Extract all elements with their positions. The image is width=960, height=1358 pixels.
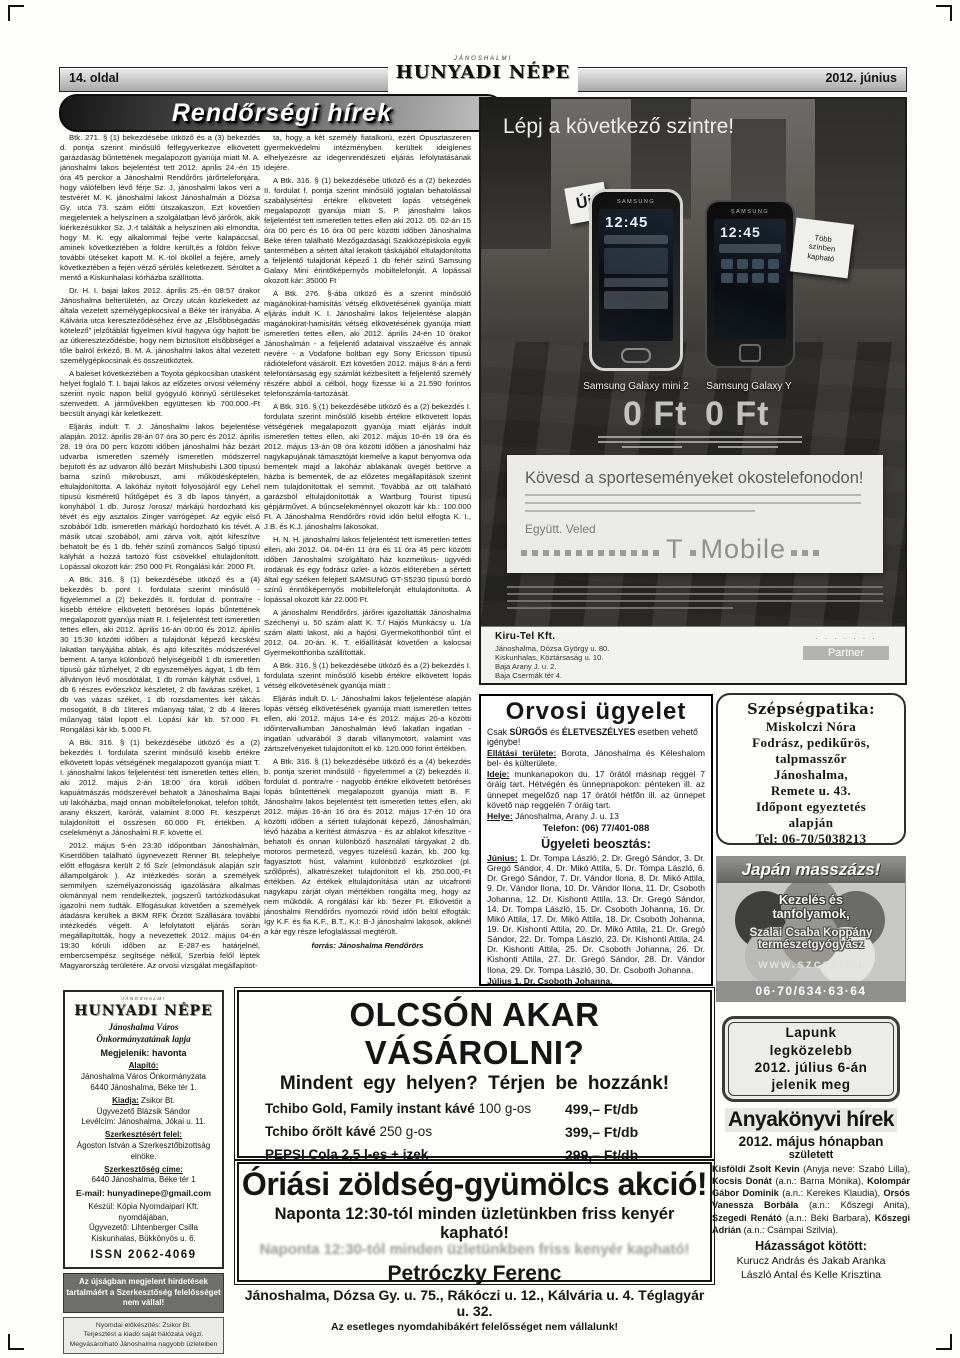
row-label: Helye: <box>487 811 513 821</box>
massage-title: Japán masszázs! <box>717 857 905 883</box>
imprint-mail-address: Levélcím: Jánoshalma, Jókai u. 11. <box>68 1117 219 1128</box>
notice-emphasis: ÉLETVESZÉLYES <box>562 727 636 737</box>
dealer-address: Baja Csermák tér 4. <box>495 671 562 680</box>
home-button <box>739 344 761 362</box>
married-couple: Kurucz András és Jakab Aranka <box>712 1255 910 1267</box>
news-paragraph: A Btk. 316. § (1) bekezdésébe ütköző és … <box>60 738 260 838</box>
service-place-row: Helye: Jánoshalma, Arany J. u. 13 <box>487 811 705 821</box>
imprint-prepress: Nyomdai előkészítés: Zsikor Bt. <box>65 1321 222 1331</box>
imprint-editor: Ágoston István a Szerkesztőbizottság <box>68 1141 219 1152</box>
police-news-column-2: ta, hogy a két személy fiatalkorú, ezért… <box>264 133 471 983</box>
imprint-distribution-box: Nyomdai előkészítés: Zsikor Bt. Terjeszt… <box>63 1317 224 1355</box>
price-row: Tchibo Gold, Family instant kávé 100 g-o… <box>265 1101 710 1116</box>
registry-born-list: Kisföldi Zsolt Kevin (Anyja neve: Szabó … <box>712 1163 910 1236</box>
imprint-office-label: Szerkesztőség címe: <box>104 1165 183 1174</box>
service-area-row: Ellátási területe: Borota, Jánoshalma és… <box>487 748 705 768</box>
imprint-availability: Megvásárolható Jánoshalma nagyobb üzlete… <box>65 1340 222 1350</box>
news-paragraph: A Btk. 316. § (1) bekezdésébe ütköző és … <box>264 757 471 937</box>
app-icons <box>721 259 779 283</box>
tmobile-logo-mobile: Mobile <box>701 534 787 565</box>
massage-website: www.szcsk.hu <box>717 957 905 971</box>
phone-illustration-galaxy-y: SAMSUNG 12:45 <box>705 200 795 368</box>
dealer-address: Kiskunhalas, Köztársaság u. 10. <box>495 653 604 662</box>
price-row: PEPSI Cola 2,5 l-es + izek299,– Ft/db <box>265 1147 710 1162</box>
notice-emphasis: SÜRGŐS <box>510 727 548 737</box>
registry-born-label: született <box>712 1149 910 1161</box>
phone-screen: 12:45 <box>714 219 786 339</box>
price-zero-ft-1: 0 Ft <box>623 395 687 434</box>
city-photo-background: Lépj a következő szintre! Új! SAMSUNG 12… <box>481 99 905 627</box>
colors-sticker: Több színben kapható <box>790 218 854 279</box>
imprint-frequency: Megjelenik: havonta <box>68 1047 219 1059</box>
tmobile-advertisement: Lépj a következő szintre! Új! SAMSUNG 12… <box>479 97 907 685</box>
born-mother: (a.n.: Kőszegi Anita), <box>809 1200 910 1210</box>
news-paragraph: ta, hogy a két személy fiatalkorú, ezért… <box>264 133 471 173</box>
news-paragraph: A Btk. 316. § (1) bekezdésébe ütköző és … <box>60 575 260 735</box>
phone-clock: 12:45 <box>720 224 786 240</box>
massage-ad: Japán masszázs! Kezelés és tanfolyamok, … <box>716 856 906 1002</box>
grocer-advertisement: Óriási zöldség-gyümölcs akció! Naponta 1… <box>237 1162 712 1282</box>
imprint-office-address: 6440 Jánoshalma, Béke tér 1 <box>68 1175 219 1186</box>
issue-date: 2012. június <box>825 71 897 85</box>
imprint-box: JÁNOSHALMI HUNYADI NÉPE Jánoshalma Város… <box>63 990 224 1269</box>
fine-print-lines <box>507 494 883 512</box>
product-name: Tchibo őrölt kávé <box>265 1124 376 1139</box>
screen-widget <box>604 248 668 274</box>
born-mother: (Anyja neve: Szabó Lilla), <box>803 1164 910 1174</box>
news-paragraph: Eljárás indult T. J. Jánoshalmi lakos be… <box>60 422 260 572</box>
newspaper-page: 14. oldal 2012. június JÁNOSHALMI HUNYAD… <box>0 0 960 1358</box>
imprint-ads-disclaimer: Az újságban megjelent hirdetések tartalm… <box>63 1273 224 1312</box>
home-button <box>621 348 651 363</box>
born-name: Szegedi Renátó <box>712 1213 786 1223</box>
partner-logo-dots: · · · · · · · <box>803 633 889 643</box>
massage-line: tanfolyamok, <box>717 907 905 921</box>
massage-body: Kezelés és tanfolyamok, Szalai Csaba Kop… <box>717 883 905 981</box>
phone1-caption: Samsung Galaxy mini 2 <box>573 381 699 392</box>
registry-news: Anyakönyvi hírek 2012. május hónapban sz… <box>712 1108 910 1281</box>
service-time-row: Ideje: munkanapokon du. 17 órától másnap… <box>487 769 705 810</box>
medical-notice: Csak SÜRGŐS és ÉLETVESZÉLYES esetben veh… <box>487 727 705 747</box>
product-name: PEPSI Cola 2,5 l-es + izek <box>265 1147 428 1162</box>
beauty-line: Remete u. 43. <box>722 783 900 799</box>
imprint-distribution: Terjesztést a kiadó saját hálózata végzi… <box>65 1330 222 1340</box>
grocer-ad-line-ghost: Naponta 12:30-tól minden üzletünkben fri… <box>239 1241 710 1258</box>
row-text: Jánoshalma, Arany J. u. 13 <box>513 811 619 821</box>
police-news-banner: Rendőrségi hírek <box>59 94 505 132</box>
imprint-founder: Jánoshalma Város Önkormányzata <box>68 1072 219 1083</box>
news-paragraph: A baleset következtében a Toyota gépkocs… <box>60 369 260 419</box>
imprint-manager: Ügyvezető Blázsik Sándor <box>68 1107 219 1118</box>
grocer-addresses: Jánoshalma, Dózsa Gy. u. 75., Rákóczi u.… <box>239 1287 710 1319</box>
notice-text: Csak <box>487 727 510 737</box>
imprint-founder-address: 6440 Jánoshalma, Béke tér 1. <box>68 1083 219 1094</box>
beauty-line: Időpont egyeztetés <box>722 799 900 815</box>
registry-married-label: Házasságot kötött: <box>712 1239 910 1253</box>
next-issue-line: 2012. július 6-án <box>755 1059 868 1076</box>
born-mother: (a.n.: Csámpai Szilvia). <box>744 1225 838 1235</box>
dealer-name: Kiru-Tel Kft. <box>495 631 555 642</box>
beauty-salon-ad: Szépségpatika: Miskolczi Nóra Fodrász, p… <box>716 693 906 845</box>
police-news-column-1: Btk. 271. § (1) bekezdésébe ütköző és a … <box>60 133 260 983</box>
tmobile-logo: T Mobile <box>521 540 869 565</box>
screen-widget <box>604 291 668 309</box>
price-zero-ft-2: 0 Ft <box>705 395 769 434</box>
phone-screen: 12:45 <box>599 209 673 341</box>
married-couple: László Antal és Kelle Krisztina <box>712 1269 910 1281</box>
registry-title: Anyakönyvi hírek <box>725 1108 897 1132</box>
beauty-line: Jánoshalma, <box>722 767 900 783</box>
next-issue-line: Lapunk <box>785 1024 836 1041</box>
born-mother: (a.n.: Barna Mónika), <box>775 1176 867 1186</box>
massage-name: Szalai Csaba Koppány <box>717 927 905 939</box>
masthead: JÁNOSHALMI HUNYADI NÉPE <box>388 56 578 94</box>
duty-phone: Telefon: (06) 77/401-088 <box>487 823 705 834</box>
promo-panel: Kövesd a sporteseményeket okostelefonodo… <box>507 455 883 573</box>
imprint-publisher: Zsikor Bt. <box>139 1096 175 1105</box>
building-shape <box>731 119 786 209</box>
born-name: Kisföldi Zsolt Kevin <box>712 1164 803 1174</box>
partner-logo: · · · · · · · Partner <box>803 633 889 660</box>
ad-headline: Lépj a következő szintre! <box>503 115 734 139</box>
schedule-text: 1. Dr. Csoboth Johanna. <box>512 976 613 986</box>
news-paragraph: A Btk. 316. § (1) bekezdésébe ütköző és … <box>264 661 471 691</box>
price-row: Tchibo őrölt kávé 250 g-os399,– Ft/db <box>265 1124 710 1139</box>
massage-line: Kezelés és <box>717 893 905 907</box>
grocer-ad-line: Naponta 12:30-tól minden üzletünkben fri… <box>239 1205 710 1243</box>
dealer-address: Jánoshalma, Dózsa György u. 80. <box>495 644 609 653</box>
july-schedule: Július 1. Dr. Csoboth Johanna. <box>487 976 705 986</box>
beauty-line: alapján <box>722 815 900 831</box>
imprint-issn: ISSN 2062-4069 <box>68 1248 219 1264</box>
next-issue-line: jelenik meg <box>771 1076 850 1093</box>
beauty-title: Szépségpatika: <box>722 701 900 719</box>
medical-duty-box: Orvosi ügyelet Csak SÜRGŐS és ÉLETVESZÉL… <box>479 694 713 986</box>
schedule-title: Ügyeleti beosztás: <box>487 837 705 851</box>
imprint-founder-label: Alapító: <box>129 1061 159 1070</box>
next-issue-box: Lapunk legközelebb 2012. július 6-án jel… <box>722 1016 900 1102</box>
dealer-address: Baja Arany J. u. 2. <box>495 662 557 671</box>
imprint: JÁNOSHALMI HUNYADI NÉPE Jánoshalma Város… <box>63 990 224 1354</box>
screen-widget <box>719 244 781 253</box>
month-label: Július <box>487 976 512 986</box>
imprint-editor-label: Szerkesztésért felel: <box>105 1130 182 1139</box>
shop-advertisement: OLCSÓN AKAR VÁSÁROLNI? Mindent egy helye… <box>237 990 712 1158</box>
phone2-caption: Samsung Galaxy Y <box>699 381 799 392</box>
news-source: forrás: Jánoshalma Rendőrörs <box>264 941 471 951</box>
crop-mark-icon <box>936 5 952 21</box>
product-price: 499,– Ft/db <box>565 1101 638 1117</box>
partner-label: Partner <box>803 646 889 660</box>
imprint-owner-line: Önkormányzatának lapja <box>68 1033 219 1045</box>
product-price: 299,– Ft/db <box>565 1147 638 1163</box>
beauty-line: Miskolczi Nóra <box>722 719 900 735</box>
grocer-ad-title: Óriási zöldség-gyümölcs akció! <box>239 1166 710 1203</box>
product-qty: 250 g-os <box>376 1124 432 1139</box>
news-paragraph: A Btk. 316. § (1) bekezdésébe ütköző és … <box>264 402 471 532</box>
phone-illustration-galaxy-mini2: SAMSUNG 12:45 <box>589 189 683 371</box>
imprint-email: E-mail: hunyadinepe@gmail.com <box>68 1188 219 1200</box>
row-label: Ellátási területe: <box>487 748 556 758</box>
imprint-printer: Készül: Kópia Nyomdaipari Kft. nyomdájáb… <box>68 1202 219 1224</box>
news-paragraph: Eljárás indult D. L- Jánoshalmi lakos fe… <box>264 694 471 754</box>
imprint-editor: elnöke. <box>68 1152 219 1163</box>
month-label: Június: <box>487 853 518 863</box>
born-mother: (a.n.: Béki Barbara), <box>786 1213 875 1223</box>
row-label: Ideje: <box>487 769 509 779</box>
news-paragraph: Btk. 271. § (1) bekezdésébe ütköző és a … <box>60 133 260 283</box>
news-paragraph: H. N. H. jánoshalmi lakos feljelentést t… <box>264 535 471 605</box>
promo-headline: Kövesd a sporteseményeket okostelefonodo… <box>525 469 883 488</box>
notice-text: és <box>548 727 562 737</box>
massage-profession: természetgyógyász <box>717 939 905 951</box>
crop-mark-icon <box>936 1334 952 1350</box>
shop-ad-title: OLCSÓN AKAR VÁSÁROLNI? <box>239 996 710 1072</box>
tmobile-logo-t: T <box>666 534 683 565</box>
imprint-owner-line: Jánoshalma Város <box>68 1021 219 1033</box>
registry-subtitle: 2012. május hónapban <box>712 1134 910 1149</box>
product-name: Tchibo Gold, Family instant kávé <box>265 1101 475 1116</box>
crop-mark-icon <box>8 1334 24 1350</box>
beauty-line: talpmasszőr <box>722 751 900 767</box>
born-name: Kocsis Donát <box>712 1176 775 1186</box>
shop-ad-subtitle: Mindent egy helyen? Térjen be hozzánk! <box>239 1073 710 1095</box>
police-news-banner-title: Rendőrségi hírek <box>172 99 392 128</box>
fine-print-lines <box>597 433 707 448</box>
news-paragraph: 2012. május 5-én 23:30 időpontban Jánosh… <box>60 841 260 971</box>
masthead-title: HUNYADI NÉPE <box>388 62 578 83</box>
grocer-disclaimer: Az esetleges nyomdahibákért felelősséget… <box>239 1321 710 1333</box>
next-issue-line: legközelebb <box>770 1042 853 1059</box>
schedule-text: 1. Dr. Tompa László, 2. Dr. Gregó Sándor… <box>487 853 705 975</box>
medical-duty-title: Orvosi ügyelet <box>487 698 705 726</box>
page-number: 14. oldal <box>69 71 119 85</box>
news-paragraph: A Btk. 276. §-ába ütköző és a szerint mi… <box>264 289 471 399</box>
fine-print-lines <box>693 433 803 448</box>
beauty-phone: Tel: 06-70/5038213 <box>722 831 900 847</box>
phone-brand-label: SAMSUNG <box>707 209 793 215</box>
dealer-info: Kiru-Tel Kft. Jánoshalma, Dózsa György u… <box>481 626 905 683</box>
legal-fine-print-lines <box>507 581 883 609</box>
news-paragraph: A jánoshalmi Rendőrőrs. járőrei igazolta… <box>264 608 471 658</box>
imprint-masthead: HUNYADI NÉPE <box>68 1002 219 1021</box>
news-paragraph: Dr. H. I. bajai lakos 2012. április 25.-… <box>60 286 260 366</box>
news-paragraph: A Btk. 316. § (1) bekezdésébe ütköző és … <box>264 176 471 286</box>
phone-clock: 12:45 <box>605 214 673 231</box>
beauty-line: Fodrász, pedikűrös, <box>722 735 900 751</box>
imprint-printer-manager: Ügyvezető: Lihtenberger Csilla <box>68 1223 219 1234</box>
row-text: munkanapokon du. 17 órától másnap reggel… <box>487 769 705 809</box>
product-price: 399,– Ft/db <box>565 1124 638 1140</box>
massage-phone: 06·70/634·63·64 <box>717 981 905 1001</box>
imprint-publisher-label: Kiadja: <box>112 1096 139 1105</box>
crop-mark-icon <box>8 5 24 21</box>
screen-widget <box>604 278 668 287</box>
phone-brand-label: SAMSUNG <box>592 199 680 205</box>
grocer-name: Petróczky Ferenc <box>239 1262 710 1286</box>
born-mother: (a.n.: Kerekes Klaudia), <box>782 1188 883 1198</box>
imprint-printer-address: Kiskunhalas, Bükkönyös u. 6. <box>68 1234 219 1245</box>
screen-widget <box>604 235 668 244</box>
product-qty: 100 g-os <box>475 1101 531 1116</box>
june-schedule: Június: 1. Dr. Tompa László, 2. Dr. Greg… <box>487 853 705 975</box>
